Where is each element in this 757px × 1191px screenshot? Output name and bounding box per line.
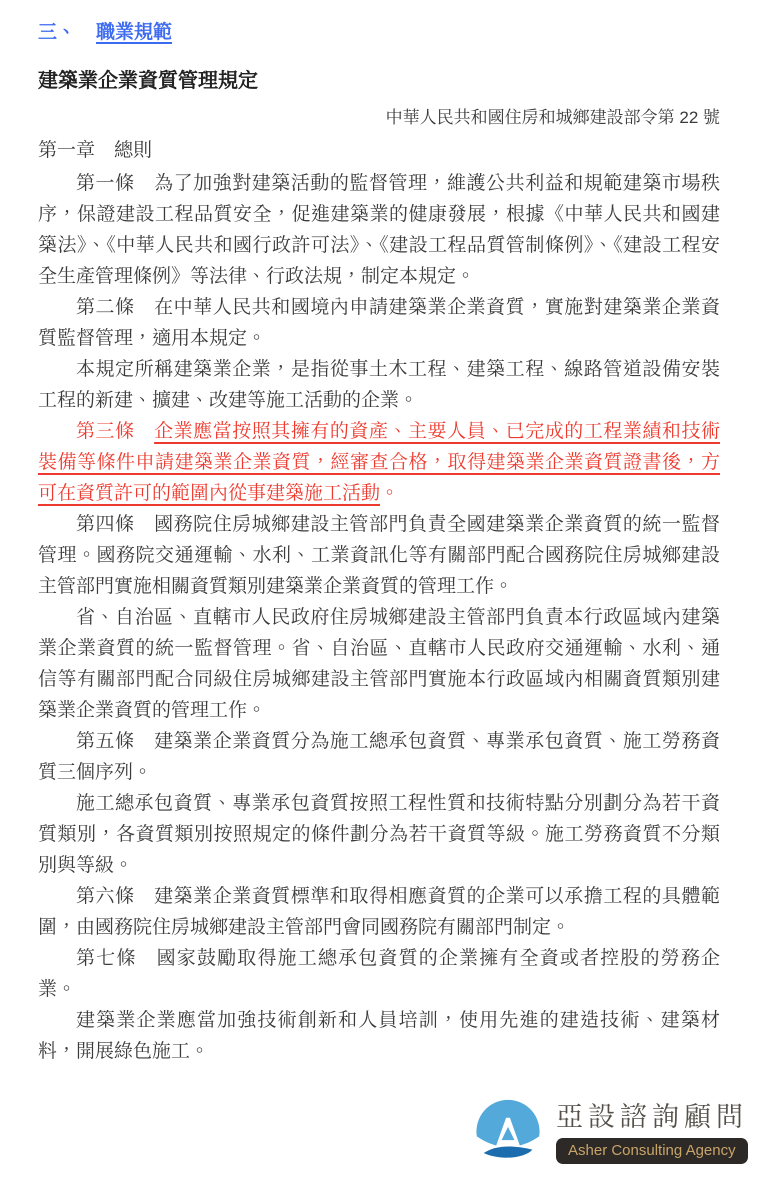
logo-text-block: 亞設諮詢顧問 Asher Consulting Agency xyxy=(556,1098,748,1164)
article-5-classification-paragraph: 施工總承包資質、專業承包資質按照工程性質和技術特點分別劃分為若干資質類別，各資質… xyxy=(38,788,720,881)
company-name-en-badge: Asher Consulting Agency xyxy=(556,1138,748,1164)
document-page: 三、職業規範 建築業企業資質管理規定 中華人民共和國住房和城鄉建設部令第 22 … xyxy=(0,0,757,1191)
document-title: 建築業企業資質管理規定 xyxy=(38,68,720,94)
asher-logo-mark-icon xyxy=(470,1093,546,1169)
section-number: 三、 xyxy=(38,22,76,43)
article-3-period: 。 xyxy=(380,483,399,504)
article-1-paragraph: 第一條 為了加強對建築活動的監督管理，維護公共利益和規範建築市場秩序，保證建設工… xyxy=(38,168,720,292)
decree-number-line: 中華人民共和國住房和城鄉建設部令第 22 號 xyxy=(38,106,720,130)
company-name-zh: 亞設諮詢顧問 xyxy=(556,1098,748,1136)
section-title: 職業規範 xyxy=(96,22,172,43)
chapter-heading: 第一章 總則 xyxy=(38,138,720,164)
article-4-paragraph: 第四條 國務院住房城鄉建設主管部門負責全國建築業企業資質的統一監督管理。國務院交… xyxy=(38,509,720,602)
section-heading: 三、職業規範 xyxy=(38,20,720,46)
article-3-highlighted-paragraph: 第三條 企業應當按照其擁有的資產、主要人員、已完成的工程業績和技術裝備等條件申請… xyxy=(38,416,720,509)
article-3-label: 第三條 xyxy=(76,421,154,442)
article-7-innovation-paragraph: 建築業企業應當加強技術創新和人員培訓，使用先進的建造技術、建築材料，開展綠色施工… xyxy=(38,1005,720,1067)
article-2-definition-paragraph: 本規定所稱建築業企業，是指從事土木工程、建築工程、線路管道設備安裝工程的新建、擴… xyxy=(38,354,720,416)
article-7-paragraph: 第七條 國家鼓勵取得施工總承包資質的企業擁有全資或者控股的勞務企業。 xyxy=(38,943,720,1005)
article-4-provincial-paragraph: 省、自治區、直轄市人民政府住房城鄉建設主管部門負責本行政區域內建築業企業資質的統… xyxy=(38,602,720,726)
article-2-paragraph: 第二條 在中華人民共和國境內申請建築業企業資質，實施對建築業企業資質監督管理，適… xyxy=(38,292,720,354)
article-6-paragraph: 第六條 建築業企業資質標準和取得相應資質的企業可以承擔工程的具體範圍，由國務院住… xyxy=(38,881,720,943)
asher-consulting-logo: 亞設諮詢顧問 Asher Consulting Agency xyxy=(470,1093,748,1169)
document-body: 第一條 為了加強對建築活動的監督管理，維護公共利益和規範建築市場秩序，保證建設工… xyxy=(38,168,720,1067)
article-5-paragraph: 第五條 建築業企業資質分為施工總承包資質、專業承包資質、施工勞務資質三個序列。 xyxy=(38,726,720,788)
